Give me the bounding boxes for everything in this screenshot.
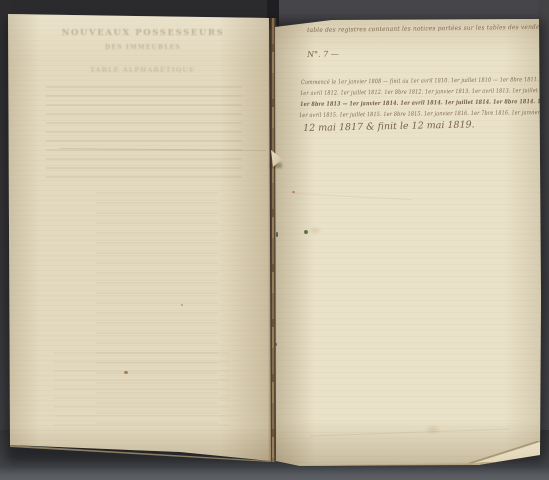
- paper-stain: [308, 226, 322, 235]
- mold-speck: [304, 230, 308, 234]
- ghost-text-block-lower: [54, 352, 230, 430]
- handwriting-number: N°. 7 —: [307, 49, 339, 59]
- surface-strip: [0, 466, 549, 480]
- binding-speck: [276, 232, 278, 237]
- binding-speck: [275, 343, 277, 346]
- ink-speck: [181, 304, 183, 306]
- ink-speck: [292, 191, 295, 193]
- paper-stain: [424, 424, 442, 435]
- ghost-print-heading: TABLE ALPHABÉTIQUE: [50, 66, 235, 74]
- ghost-text-block-upper: [46, 86, 242, 182]
- archival-scan: NOUVEAUX POSSESSEURS DES IMMEUBLES TABLE…: [0, 0, 549, 480]
- ghost-print-subtitle: DES IMMEUBLES: [68, 44, 218, 51]
- ghost-print-title: NOUVEAUX POSSESSEURS: [48, 28, 238, 38]
- binding-crease-line: [272, 18, 274, 462]
- ink-speck: [124, 371, 128, 374]
